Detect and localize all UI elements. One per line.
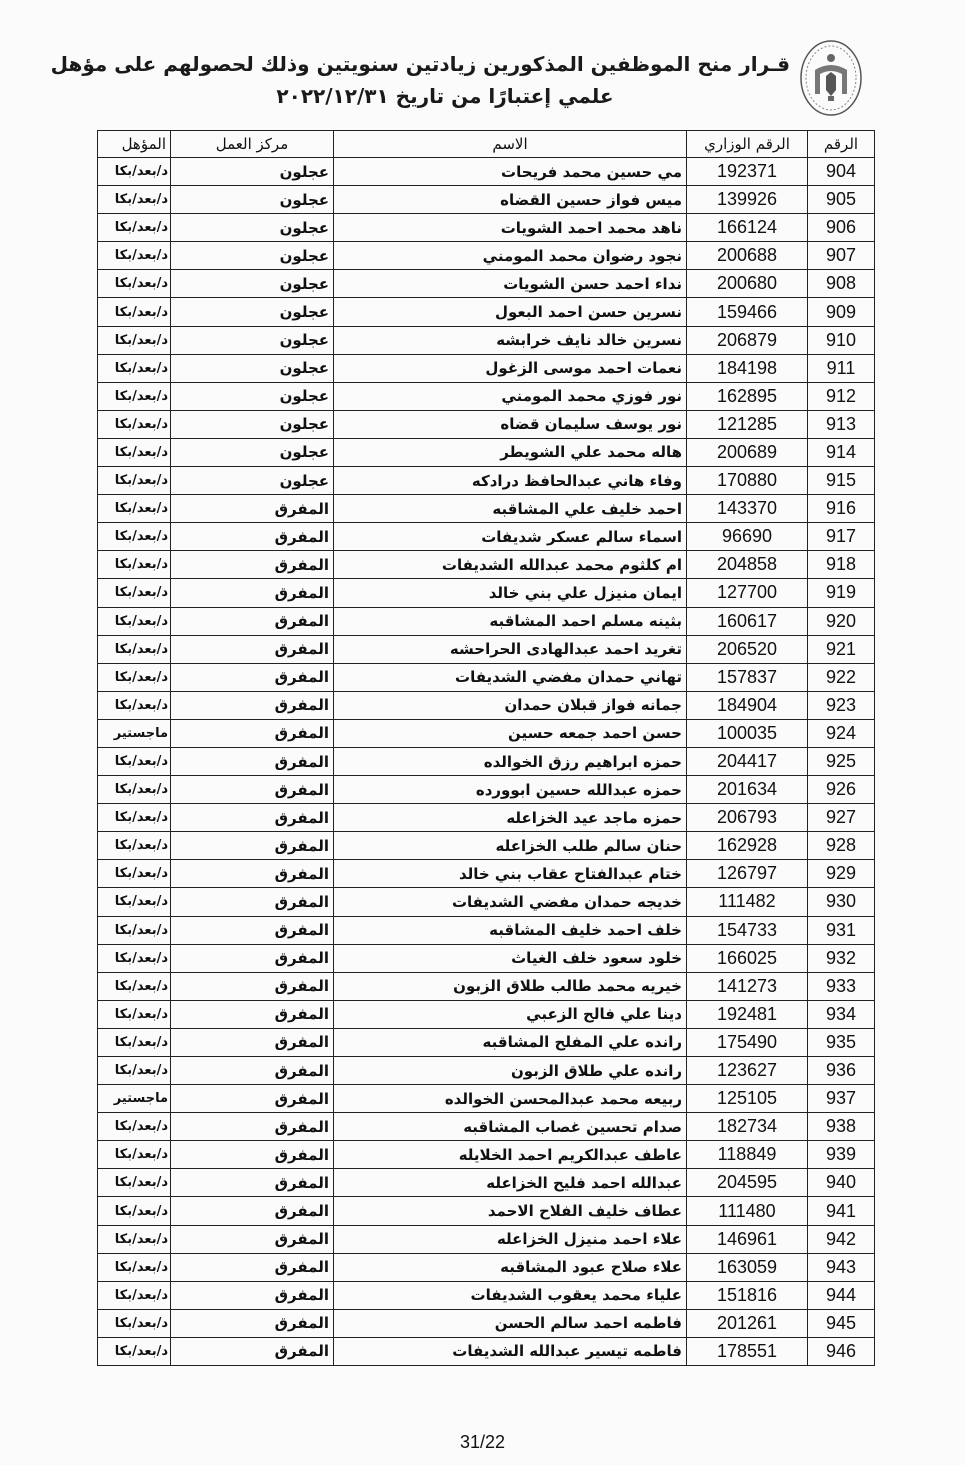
table-row: 931154733خلف احمد خليف المشاقبهالمفرقد/ب… <box>98 916 875 944</box>
cell-qualification: د/بعد/بكا <box>98 972 171 1000</box>
cell-ministry-id: 159466 <box>687 298 808 326</box>
table-row: 924100035حسن احمد جمعه حسينالمفرقماجستير <box>98 719 875 747</box>
cell-ministry-id: 154733 <box>687 916 808 944</box>
table-row: 91796690اسماء سالم عسكر شديفاتالمفرقد/بع… <box>98 523 875 551</box>
table-row: 937125105ربيعه محمد عبدالمحسن الخوالدهال… <box>98 1085 875 1113</box>
cell-name: ناهد محمد احمد الشويات <box>334 214 687 242</box>
cell-ministry-id: 100035 <box>687 719 808 747</box>
cell-qualification: د/بعد/بكا <box>98 410 171 438</box>
cell-name: بثينه مسلم احمد المشاقبه <box>334 607 687 635</box>
cell-work-center: المفرق <box>171 1253 334 1281</box>
cell-work-center: المفرق <box>171 607 334 635</box>
cell-name: ام كلثوم محمد عبدالله الشديفات <box>334 551 687 579</box>
cell-seq: 935 <box>808 1028 875 1056</box>
cell-work-center: المفرق <box>171 888 334 916</box>
table-row: 929126797ختام عبدالفتاح عقاب بني خالدالم… <box>98 860 875 888</box>
cell-seq: 939 <box>808 1141 875 1169</box>
table-row: 921206520تغريد احمد عبدالهادى الحراحشهال… <box>98 635 875 663</box>
cell-work-center: المفرق <box>171 495 334 523</box>
cell-seq: 914 <box>808 438 875 466</box>
cell-work-center: المفرق <box>171 1337 334 1365</box>
cell-name: عطاف خليف الفلاح الاحمد <box>334 1197 687 1225</box>
cell-work-center: عجلون <box>171 158 334 186</box>
cell-seq: 945 <box>808 1309 875 1337</box>
table-row: 918204858ام كلثوم محمد عبدالله الشديفاتا… <box>98 551 875 579</box>
cell-name: خديجه حمدان مفضي الشديفات <box>334 888 687 916</box>
cell-ministry-id: 175490 <box>687 1028 808 1056</box>
cell-name: عبدالله احمد فليح الخزاعله <box>334 1169 687 1197</box>
document-title: قـرار منح الموظفين المذكورين زيادتين سنو… <box>100 48 790 112</box>
cell-ministry-id: 206520 <box>687 635 808 663</box>
cell-seq: 933 <box>808 972 875 1000</box>
cell-seq: 904 <box>808 158 875 186</box>
cell-qualification: د/بعد/بكا <box>98 186 171 214</box>
cell-seq: 909 <box>808 298 875 326</box>
cell-work-center: المفرق <box>171 916 334 944</box>
page-number: 31/22 <box>0 1432 965 1453</box>
cell-qualification: د/بعد/بكا <box>98 1197 171 1225</box>
cell-qualification: د/بعد/بكا <box>98 607 171 635</box>
cell-seq: 940 <box>808 1169 875 1197</box>
cell-qualification: د/بعد/بكا <box>98 158 171 186</box>
cell-seq: 944 <box>808 1281 875 1309</box>
cell-name: نعمات احمد موسى الزغول <box>334 354 687 382</box>
cell-qualification: د/بعد/بكا <box>98 888 171 916</box>
cell-seq: 942 <box>808 1225 875 1253</box>
cell-work-center: عجلون <box>171 270 334 298</box>
cell-name: تهاني حمدان مفضي الشديفات <box>334 663 687 691</box>
cell-ministry-id: 123627 <box>687 1057 808 1085</box>
table-row: 923184904جمانه فواز قبلان حمدانالمفرقد/ب… <box>98 691 875 719</box>
cell-ministry-id: 204858 <box>687 551 808 579</box>
cell-ministry-id: 127700 <box>687 579 808 607</box>
cell-qualification: د/بعد/بكا <box>98 691 171 719</box>
cell-qualification: د/بعد/بكا <box>98 551 171 579</box>
cell-work-center: المفرق <box>171 1141 334 1169</box>
cell-ministry-id: 204417 <box>687 747 808 775</box>
title-line-2: علمي إعتبارًا من تاريخ ٢٠٢٢/١٢/٣١ <box>100 80 790 112</box>
cell-ministry-id: 204595 <box>687 1169 808 1197</box>
table-row: 920160617بثينه مسلم احمد المشاقبهالمفرقد… <box>98 607 875 635</box>
cell-ministry-id: 182734 <box>687 1113 808 1141</box>
cell-seq: 938 <box>808 1113 875 1141</box>
cell-name: وفاء هاني عبدالحافظ درادكه <box>334 467 687 495</box>
cell-name: ختام عبدالفتاح عقاب بني خالد <box>334 860 687 888</box>
cell-work-center: المفرق <box>171 663 334 691</box>
cell-qualification: د/بعد/بكا <box>98 804 171 832</box>
table-row: 928162928حنان سالم طلب الخزاعلهالمفرقد/ب… <box>98 832 875 860</box>
cell-work-center: عجلون <box>171 438 334 466</box>
cell-work-center: المفرق <box>171 1169 334 1197</box>
cell-qualification: د/بعد/بكا <box>98 1169 171 1197</box>
cell-name: احمد خليف علي المشاقبه <box>334 495 687 523</box>
table-row: 932166025خلود سعود خلف الغياثالمفرقد/بعد… <box>98 944 875 972</box>
cell-ministry-id: 178551 <box>687 1337 808 1365</box>
cell-qualification: د/بعد/بكا <box>98 1281 171 1309</box>
cell-seq: 920 <box>808 607 875 635</box>
cell-seq: 943 <box>808 1253 875 1281</box>
cell-ministry-id: 201634 <box>687 776 808 804</box>
cell-qualification: د/بعد/بكا <box>98 214 171 242</box>
cell-qualification: د/بعد/بكا <box>98 832 171 860</box>
cell-seq: 934 <box>808 1000 875 1028</box>
cell-name: خيريه محمد طالب طلاق الزبون <box>334 972 687 1000</box>
cell-name: ميس فواز حسين القضاه <box>334 186 687 214</box>
cell-work-center: المفرق <box>171 1000 334 1028</box>
cell-qualification: د/بعد/بكا <box>98 1113 171 1141</box>
cell-work-center: المفرق <box>171 747 334 775</box>
table-row: 934192481دينا علي فالح الزعبيالمفرقد/بعد… <box>98 1000 875 1028</box>
cell-qualification: د/بعد/بكا <box>98 270 171 298</box>
cell-seq: 908 <box>808 270 875 298</box>
cell-qualification: د/بعد/بكا <box>98 242 171 270</box>
cell-qualification: د/بعد/بكا <box>98 1141 171 1169</box>
cell-work-center: عجلون <box>171 467 334 495</box>
table-row: 925204417حمزه ابراهيم رزق الخوالدهالمفرق… <box>98 747 875 775</box>
cell-seq: 937 <box>808 1085 875 1113</box>
table-row: 945201261فاطمه احمد سالم الحسنالمفرقد/بع… <box>98 1309 875 1337</box>
cell-name: ربيعه محمد عبدالمحسن الخوالده <box>334 1085 687 1113</box>
cell-work-center: عجلون <box>171 242 334 270</box>
cell-seq: 911 <box>808 354 875 382</box>
cell-seq: 928 <box>808 832 875 860</box>
cell-seq: 916 <box>808 495 875 523</box>
cell-qualification: د/بعد/بكا <box>98 916 171 944</box>
title-line-1: قـرار منح الموظفين المذكورين زيادتين سنو… <box>100 48 790 80</box>
cell-work-center: المفرق <box>171 1281 334 1309</box>
cell-seq: 922 <box>808 663 875 691</box>
cell-seq: 941 <box>808 1197 875 1225</box>
cell-work-center: المفرق <box>171 691 334 719</box>
column-header-ministry-id: الرقم الوزاري <box>687 131 808 158</box>
cell-qualification: د/بعد/بكا <box>98 495 171 523</box>
government-emblem-icon <box>798 38 864 118</box>
cell-work-center: المفرق <box>171 579 334 607</box>
cell-qualification: د/بعد/بكا <box>98 1225 171 1253</box>
cell-name: جمانه فواز قبلان حمدان <box>334 691 687 719</box>
cell-qualification: د/بعد/بكا <box>98 298 171 326</box>
cell-ministry-id: 162928 <box>687 832 808 860</box>
cell-qualification: د/بعد/بكا <box>98 1057 171 1085</box>
table-row: 944151816علياء محمد يعقوب الشديفاتالمفرق… <box>98 1281 875 1309</box>
cell-name: نور يوسف سليمان قضاه <box>334 410 687 438</box>
table-row: 927206793حمزه ماجد عيد الخزاعلهالمفرقد/ب… <box>98 804 875 832</box>
cell-seq: 930 <box>808 888 875 916</box>
cell-name: فاطمه احمد سالم الحسن <box>334 1309 687 1337</box>
cell-work-center: المفرق <box>171 944 334 972</box>
cell-ministry-id: 118849 <box>687 1141 808 1169</box>
cell-name: فاطمه تيسير عبدالله الشديفات <box>334 1337 687 1365</box>
cell-seq: 936 <box>808 1057 875 1085</box>
cell-ministry-id: 192481 <box>687 1000 808 1028</box>
table-row: 940204595عبدالله احمد فليح الخزاعلهالمفر… <box>98 1169 875 1197</box>
cell-qualification: د/بعد/بكا <box>98 860 171 888</box>
cell-name: عاطف عبدالكريم احمد الخلايله <box>334 1141 687 1169</box>
cell-ministry-id: 201261 <box>687 1309 808 1337</box>
cell-ministry-id: 96690 <box>687 523 808 551</box>
cell-name: دينا علي فالح الزعبي <box>334 1000 687 1028</box>
cell-qualification: د/بعد/بكا <box>98 1309 171 1337</box>
cell-work-center: عجلون <box>171 326 334 354</box>
cell-seq: 926 <box>808 776 875 804</box>
cell-qualification: د/بعد/بكا <box>98 382 171 410</box>
cell-ministry-id: 166124 <box>687 214 808 242</box>
cell-name: علاء صلاح عبود المشاقبه <box>334 1253 687 1281</box>
cell-work-center: عجلون <box>171 186 334 214</box>
cell-work-center: المفرق <box>171 1028 334 1056</box>
cell-ministry-id: 157837 <box>687 663 808 691</box>
cell-work-center: المفرق <box>171 1225 334 1253</box>
cell-ministry-id: 121285 <box>687 410 808 438</box>
column-header-qualification: المؤهل <box>98 131 171 158</box>
cell-seq: 906 <box>808 214 875 242</box>
cell-ministry-id: 192371 <box>687 158 808 186</box>
cell-ministry-id: 125105 <box>687 1085 808 1113</box>
cell-name: حنان سالم طلب الخزاعله <box>334 832 687 860</box>
cell-name: هاله محمد علي الشويطر <box>334 438 687 466</box>
table-row: 908200680نداء احمد حسن الشوياتعجلوند/بعد… <box>98 270 875 298</box>
cell-name: ايمان منيزل علي بني خالد <box>334 579 687 607</box>
cell-work-center: المفرق <box>171 860 334 888</box>
table-row: 943163059علاء صلاح عبود المشاقبهالمفرقد/… <box>98 1253 875 1281</box>
cell-qualification: د/بعد/بكا <box>98 1337 171 1365</box>
cell-seq: 907 <box>808 242 875 270</box>
cell-work-center: المفرق <box>171 832 334 860</box>
cell-name: نداء احمد حسن الشويات <box>334 270 687 298</box>
cell-seq: 929 <box>808 860 875 888</box>
cell-seq: 915 <box>808 467 875 495</box>
table-row: 922157837تهاني حمدان مفضي الشديفاتالمفرق… <box>98 663 875 691</box>
cell-seq: 905 <box>808 186 875 214</box>
cell-ministry-id: 200688 <box>687 242 808 270</box>
cell-ministry-id: 151816 <box>687 1281 808 1309</box>
cell-ministry-id: 143370 <box>687 495 808 523</box>
cell-name: حمزه ماجد عيد الخزاعله <box>334 804 687 832</box>
cell-qualification: د/بعد/بكا <box>98 635 171 663</box>
table-row: 907200688نجود رضوان محمد المومنيعجلوند/ب… <box>98 242 875 270</box>
cell-qualification: د/بعد/بكا <box>98 747 171 775</box>
cell-ministry-id: 170880 <box>687 467 808 495</box>
cell-ministry-id: 160617 <box>687 607 808 635</box>
cell-qualification: د/بعد/بكا <box>98 1000 171 1028</box>
cell-work-center: عجلون <box>171 354 334 382</box>
table-row: 926201634حمزه عبدالله حسين ابووردهالمفرق… <box>98 776 875 804</box>
column-header-name: الاسم <box>334 131 687 158</box>
cell-work-center: المفرق <box>171 804 334 832</box>
cell-seq: 946 <box>808 1337 875 1365</box>
table-row: 916143370احمد خليف علي المشاقبهالمفرقد/ب… <box>98 495 875 523</box>
cell-work-center: المفرق <box>171 972 334 1000</box>
cell-seq: 918 <box>808 551 875 579</box>
table-row: 911184198نعمات احمد موسى الزغولعجلوند/بع… <box>98 354 875 382</box>
table-row: 935175490رانده علي المفلح المشاقبهالمفرق… <box>98 1028 875 1056</box>
cell-name: علياء محمد يعقوب الشديفات <box>334 1281 687 1309</box>
cell-seq: 912 <box>808 382 875 410</box>
cell-qualification: د/بعد/بكا <box>98 663 171 691</box>
cell-ministry-id: 146961 <box>687 1225 808 1253</box>
cell-seq: 913 <box>808 410 875 438</box>
table-row: 939118849عاطف عبدالكريم احمد الخلايلهالم… <box>98 1141 875 1169</box>
cell-name: علاء احمد منيزل الخزاعله <box>334 1225 687 1253</box>
cell-name: تغريد احمد عبدالهادى الحراحشه <box>334 635 687 663</box>
table-row: 936123627رانده علي طلاق الزبونالمفرقد/بع… <box>98 1057 875 1085</box>
cell-work-center: عجلون <box>171 298 334 326</box>
cell-work-center: المفرق <box>171 523 334 551</box>
cell-work-center: المفرق <box>171 551 334 579</box>
cell-ministry-id: 139926 <box>687 186 808 214</box>
cell-work-center: عجلون <box>171 410 334 438</box>
cell-name: مي حسين محمد فريحات <box>334 158 687 186</box>
cell-seq: 925 <box>808 747 875 775</box>
cell-name: حمزه عبدالله حسين ابوورده <box>334 776 687 804</box>
column-header-seq: الرقم <box>808 131 875 158</box>
cell-ministry-id: 206879 <box>687 326 808 354</box>
cell-seq: 932 <box>808 944 875 972</box>
table-row: 942146961علاء احمد منيزل الخزاعلهالمفرقد… <box>98 1225 875 1253</box>
cell-ministry-id: 184904 <box>687 691 808 719</box>
cell-ministry-id: 162895 <box>687 382 808 410</box>
cell-seq: 927 <box>808 804 875 832</box>
cell-qualification: ماجستير <box>98 1085 171 1113</box>
cell-ministry-id: 163059 <box>687 1253 808 1281</box>
cell-name: خلف احمد خليف المشاقبه <box>334 916 687 944</box>
cell-work-center: المفرق <box>171 1197 334 1225</box>
cell-work-center: المفرق <box>171 719 334 747</box>
cell-ministry-id: 200680 <box>687 270 808 298</box>
cell-qualification: د/بعد/بكا <box>98 326 171 354</box>
cell-qualification: د/بعد/بكا <box>98 579 171 607</box>
cell-work-center: عجلون <box>171 382 334 410</box>
table-row: 933141273خيريه محمد طالب طلاق الزبونالمف… <box>98 972 875 1000</box>
cell-qualification: د/بعد/بكا <box>98 354 171 382</box>
cell-ministry-id: 166025 <box>687 944 808 972</box>
table-row: 930111482خديجه حمدان مفضي الشديفاتالمفرق… <box>98 888 875 916</box>
table-row: 904192371مي حسين محمد فريحاتعجلوند/بعد/ب… <box>98 158 875 186</box>
cell-qualification: د/بعد/بكا <box>98 438 171 466</box>
table-row: 910206879نسرين خالد نايف خرابشهعجلوند/بع… <box>98 326 875 354</box>
table-row: 913121285نور يوسف سليمان قضاهعجلوند/بعد/… <box>98 410 875 438</box>
table-row: 912162895نور فوزي محمد المومنيعجلوند/بعد… <box>98 382 875 410</box>
cell-ministry-id: 206793 <box>687 804 808 832</box>
cell-ministry-id: 184198 <box>687 354 808 382</box>
cell-name: صدام تحسين غصاب المشاقبه <box>334 1113 687 1141</box>
cell-name: رانده علي طلاق الزبون <box>334 1057 687 1085</box>
cell-name: رانده علي المفلح المشاقبه <box>334 1028 687 1056</box>
employees-table: الرقم الرقم الوزاري الاسم مركز العمل الم… <box>97 130 875 1366</box>
table-row: 946178551فاطمه تيسير عبدالله الشديفاتالم… <box>98 1337 875 1365</box>
table-row: 915170880وفاء هاني عبدالحافظ درادكهعجلون… <box>98 467 875 495</box>
cell-qualification: ماجستير <box>98 719 171 747</box>
cell-name: خلود سعود خلف الغياث <box>334 944 687 972</box>
cell-seq: 924 <box>808 719 875 747</box>
cell-ministry-id: 111482 <box>687 888 808 916</box>
cell-name: نسرين حسن احمد البعول <box>334 298 687 326</box>
cell-seq: 919 <box>808 579 875 607</box>
cell-work-center: المفرق <box>171 776 334 804</box>
cell-seq: 923 <box>808 691 875 719</box>
cell-qualification: د/بعد/بكا <box>98 776 171 804</box>
table-row: 906166124ناهد محمد احمد الشوياتعجلوند/بع… <box>98 214 875 242</box>
cell-name: حمزه ابراهيم رزق الخوالده <box>334 747 687 775</box>
cell-work-center: المفرق <box>171 1113 334 1141</box>
cell-ministry-id: 126797 <box>687 860 808 888</box>
cell-work-center: المفرق <box>171 635 334 663</box>
table-row: 919127700ايمان منيزل علي بني خالدالمفرقد… <box>98 579 875 607</box>
cell-qualification: د/بعد/بكا <box>98 1028 171 1056</box>
table-row: 914200689هاله محمد علي الشويطرعجلوند/بعد… <box>98 438 875 466</box>
cell-name: اسماء سالم عسكر شديفات <box>334 523 687 551</box>
table-row: 909159466نسرين حسن احمد البعولعجلوند/بعد… <box>98 298 875 326</box>
cell-seq: 910 <box>808 326 875 354</box>
cell-qualification: د/بعد/بكا <box>98 523 171 551</box>
cell-work-center: المفرق <box>171 1085 334 1113</box>
cell-qualification: د/بعد/بكا <box>98 944 171 972</box>
cell-qualification: د/بعد/بكا <box>98 467 171 495</box>
cell-seq: 921 <box>808 635 875 663</box>
cell-name: نسرين خالد نايف خرابشه <box>334 326 687 354</box>
cell-work-center: المفرق <box>171 1057 334 1085</box>
table-row: 941111480عطاف خليف الفلاح الاحمدالمفرقد/… <box>98 1197 875 1225</box>
column-header-work-center: مركز العمل <box>171 131 334 158</box>
cell-name: نور فوزي محمد المومني <box>334 382 687 410</box>
table-row: 905139926ميس فواز حسين القضاهعجلوند/بعد/… <box>98 186 875 214</box>
table-header-row: الرقم الرقم الوزاري الاسم مركز العمل الم… <box>98 131 875 158</box>
cell-ministry-id: 200689 <box>687 438 808 466</box>
cell-seq: 917 <box>808 523 875 551</box>
table-body: 904192371مي حسين محمد فريحاتعجلوند/بعد/ب… <box>98 158 875 1366</box>
table-row: 938182734صدام تحسين غصاب المشاقبهالمفرقد… <box>98 1113 875 1141</box>
cell-seq: 931 <box>808 916 875 944</box>
cell-ministry-id: 111480 <box>687 1197 808 1225</box>
cell-name: نجود رضوان محمد المومني <box>334 242 687 270</box>
cell-ministry-id: 141273 <box>687 972 808 1000</box>
cell-work-center: عجلون <box>171 214 334 242</box>
cell-name: حسن احمد جمعه حسين <box>334 719 687 747</box>
cell-qualification: د/بعد/بكا <box>98 1253 171 1281</box>
cell-work-center: المفرق <box>171 1309 334 1337</box>
